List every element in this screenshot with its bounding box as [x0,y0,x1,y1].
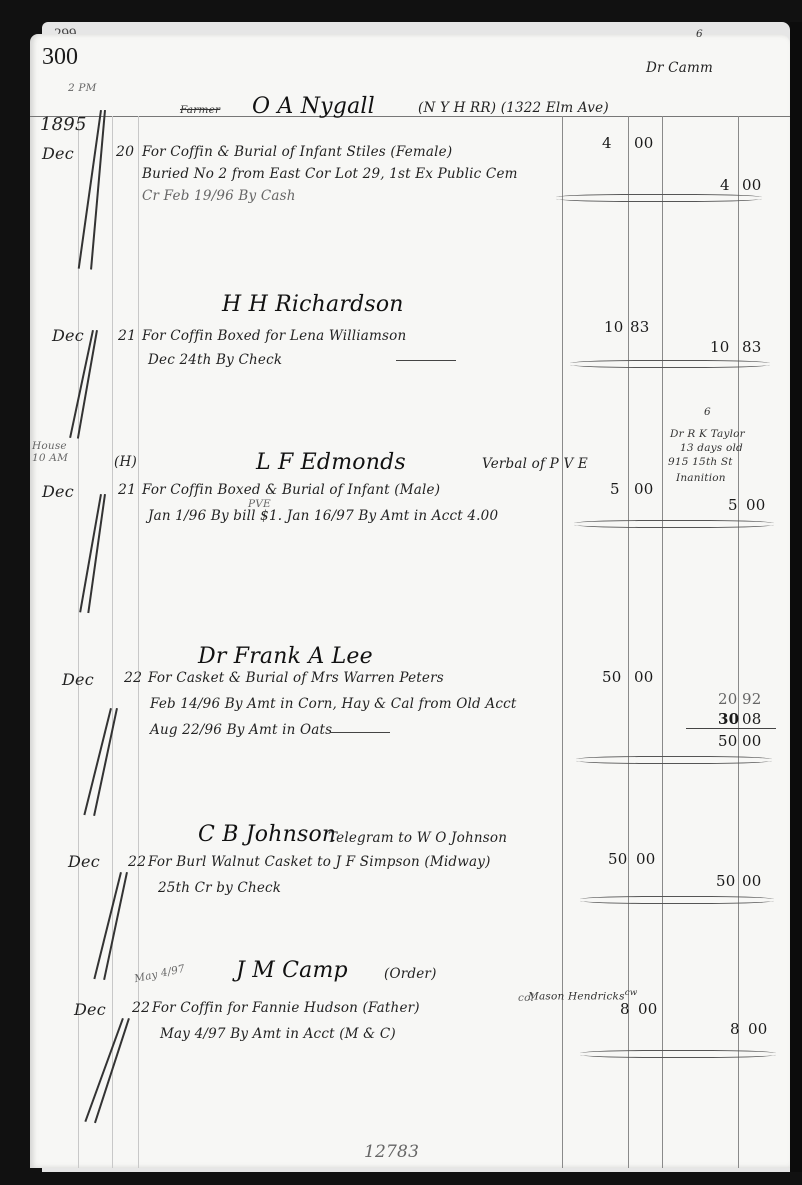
account-name: C B Johnson [198,822,336,847]
account-note: Verbal of P V E [482,456,588,472]
right-note-mark: 6 [696,28,703,40]
credit-cents: 08 [742,710,762,728]
balance-double-rule [556,194,762,202]
right-note-line: 915 15th St [668,456,733,468]
balance-double-rule [570,360,770,368]
entry-line: 25th Cr by Check [158,880,281,896]
balance-double-rule [576,756,772,764]
credit-cents: 83 [742,338,762,356]
struck-text: Farmer [180,104,220,116]
balance-double-rule [580,896,774,904]
struck-text: (H) [114,454,137,470]
credit-dollars: 10 [710,338,730,356]
entry-month: Dec [42,144,74,163]
right-note-line: 13 days old [680,442,743,454]
entry-line: For Burl Walnut Casket to J F Simpson (M… [148,854,491,870]
inline-note: col [518,992,534,1004]
credit-cents: 00 [742,732,762,750]
entry-day: 21 [118,328,136,344]
credit-dollars: 50 [716,872,736,890]
column-rule-day [112,116,113,1168]
column-rule-credit-cents [738,116,739,1168]
fill-line [396,360,456,361]
entry-line: For Casket & Burial of Mrs Warren Peters [148,670,444,686]
page-number: 300 [42,44,78,71]
entry-line: Dec 24th By Check [148,352,282,368]
entry-day: 21 [118,482,136,498]
balance-double-rule [574,520,774,528]
column-rule-debit [562,116,563,1168]
subtotal-rule [686,728,776,729]
credit-dollars: 20 [718,690,738,708]
debit-cents: 00 [634,480,654,498]
entry-line: Jan 1/96 By bill $1. Jan 16/97 By Amt in… [148,508,498,524]
entry-line: Cr Feb 19/96 By Cash [142,188,296,204]
column-rule-credit [662,116,663,1168]
credit-cents: 00 [742,872,762,890]
account-note: (N Y H RR) (1322 Elm Ave) [418,100,609,116]
entry-month: Dec [42,482,74,501]
year: 1895 [40,114,87,135]
account-note: (Order) [384,966,437,982]
side-note-sup: cw [625,988,638,998]
debit-dollars: 50 [602,668,622,686]
entry-day: 22 [128,854,146,870]
credit-dollars: 5 [728,496,738,514]
account-name: H H Richardson [222,292,404,317]
entry-day: 22 [132,1000,150,1016]
entry-month: Dec [68,852,100,871]
account-name: O A Nygall [252,94,375,119]
entry-line: For Coffin Boxed for Lena Williamson [142,328,406,344]
account-note: Telegram to W O Johnson [328,830,507,846]
footer-total: 12783 [364,1142,419,1162]
entry-day: 22 [124,670,142,686]
account-name: L F Edmonds [256,450,406,475]
credit-dollars: 4 [720,176,730,194]
entry-line: Feb 14/96 By Amt in Corn, Hay & Cal from… [150,696,516,712]
credit-dollars: 8 [730,1020,740,1038]
debit-dollars: 4 [602,134,612,152]
side-note-text: Mason Hendricks [528,991,625,1003]
header-rule [30,116,790,117]
entry-month: Dec [74,1000,106,1019]
entry-line: For Coffin & Burial of Infant Stiles (Fe… [142,144,452,160]
ledger-page: 300 2 PM 1895 Farmer O A Nygall (N Y H R… [30,34,790,1168]
entry-month: Dec [62,670,94,689]
debit-dollars: 5 [610,480,620,498]
right-note-line: Inanition [676,472,726,484]
entry-line: May 4/97 By Amt in Acct (M & C) [160,1026,396,1042]
credit-cents: 92 [742,690,762,708]
account-name: Dr Frank A Lee [198,644,373,669]
entry-line: For Coffin for Fannie Hudson (Father) [152,1000,420,1016]
right-note-mark: 6 [704,406,711,418]
debit-dollars: 50 [608,850,628,868]
credit-cents: 00 [748,1020,768,1038]
right-note: Dr Camm [646,60,713,76]
debit-cents: 00 [636,850,656,868]
credit-cents: 00 [746,496,766,514]
time-note: 2 PM [68,82,97,94]
debit-cents: 00 [634,134,654,152]
credit-dollars: 50 [718,732,738,750]
debit-dollars: 10 [604,318,624,336]
fill-line [330,732,390,733]
balance-double-rule [580,1050,776,1058]
book-spine [790,22,802,1172]
debit-cents: 00 [634,668,654,686]
entry-month: Dec [52,326,84,345]
right-note-line: Dr R K Taylor [670,428,745,440]
credit-cents: 00 [742,176,762,194]
entry-line: Buried No 2 from East Cor Lot 29, 1st Ex… [142,166,518,182]
paid-slash-mark [84,1018,124,1122]
time-note: May 4/97 [133,963,186,985]
debit-cents: 00 [638,1000,658,1018]
credit-dollars: 30 [718,710,739,728]
entry-line: Aug 22/96 By Amt in Oats [150,722,332,738]
debit-dollars: 8 [620,1000,630,1018]
account-name: J M Camp [236,958,348,983]
entry-day: 20 [116,144,134,160]
entry-line: For Coffin Boxed & Burial of Infant (Mal… [142,482,440,498]
debit-cents: 83 [630,318,650,336]
time-note: House 10 AM [32,440,72,464]
